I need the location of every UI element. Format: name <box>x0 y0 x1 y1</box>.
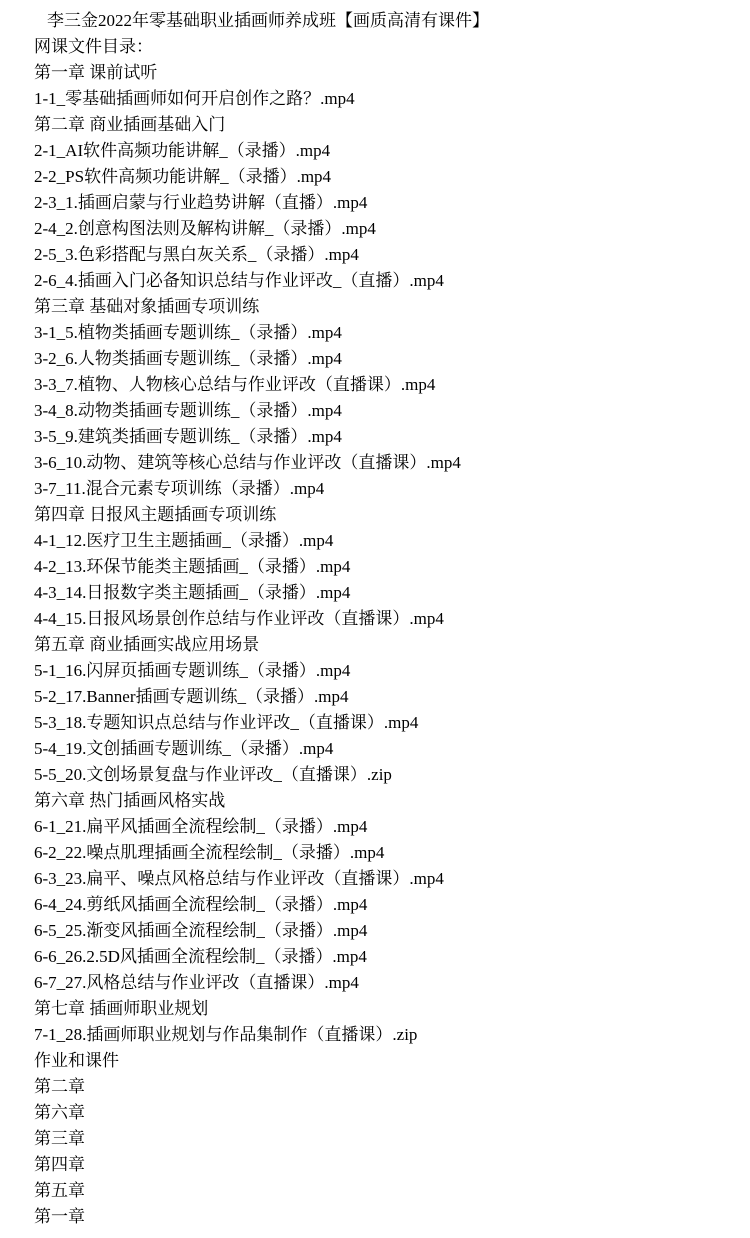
file-item: 6-4_24.剪纸风插画全流程绘制_（录播）.mp4 <box>34 892 740 918</box>
file-item: 2-4_2.创意构图法则及解构讲解_（录播）.mp4 <box>34 216 740 242</box>
file-item: 5-2_17.Banner插画专题训练_（录播）.mp4 <box>34 684 740 710</box>
file-item: 5-4_19.文创插画专题训练_（录播）.mp4 <box>34 736 740 762</box>
chapter-heading: 第七章 插画师职业规划 <box>34 996 740 1022</box>
file-item: 6-2_22.噪点肌理插画全流程绘制_（录播）.mp4 <box>34 840 740 866</box>
folder-item: 第五章 <box>34 1178 740 1204</box>
folder-item: 第一章 <box>34 1204 740 1230</box>
file-item: 1-1_零基础插画师如何开启创作之路？.mp4 <box>34 86 740 112</box>
chapter-heading: 第五章 商业插画实战应用场景 <box>34 632 740 658</box>
file-item: 2-3_1.插画启蒙与行业趋势讲解（直播）.mp4 <box>34 190 740 216</box>
folder-item: 第六章 <box>34 1100 740 1126</box>
file-item: 6-5_25.渐变风插画全流程绘制_（录播）.mp4 <box>34 918 740 944</box>
file-item: 5-5_20.文创场景复盘与作业评改_（直播课）.zip <box>34 762 740 788</box>
file-item: 2-1_AI软件高频功能讲解_（录播）.mp4 <box>34 138 740 164</box>
file-item: 4-4_15.日报风场景创作总结与作业评改（直播课）.mp4 <box>34 606 740 632</box>
chapter-heading: 第四章 日报风主题插画专项训练 <box>34 502 740 528</box>
file-item: 3-1_5.植物类插画专题训练_（录播）.mp4 <box>34 320 740 346</box>
folder-item: 第二章 <box>34 1074 740 1100</box>
file-item: 4-2_13.环保节能类主题插画_（录播）.mp4 <box>34 554 740 580</box>
file-item: 7-1_28.插画师职业规划与作品集制作（直播课）.zip <box>34 1022 740 1048</box>
file-item: 6-7_27.风格总结与作业评改（直播课）.mp4 <box>34 970 740 996</box>
folder-item: 第三章 <box>34 1126 740 1152</box>
file-item: 6-3_23.扁平、噪点风格总结与作业评改（直播课）.mp4 <box>34 866 740 892</box>
file-item: 2-5_3.色彩搭配与黑白灰关系_（录播）.mp4 <box>34 242 740 268</box>
chapter-heading: 第六章 热门插画风格实战 <box>34 788 740 814</box>
section-heading: 作业和课件 <box>34 1048 740 1074</box>
file-item: 4-3_14.日报数字类主题插画_（录播）.mp4 <box>34 580 740 606</box>
file-item: 3-7_11.混合元素专项训练（录播）.mp4 <box>34 476 740 502</box>
directory-label: 网课文件目录： <box>34 34 740 60</box>
folder-item: 第四章 <box>34 1152 740 1178</box>
file-item: 6-6_26.2.5D风插画全流程绘制_（录播）.mp4 <box>34 944 740 970</box>
file-item: 6-1_21.扁平风插画全流程绘制_（录播）.mp4 <box>34 814 740 840</box>
file-item: 2-2_PS软件高频功能讲解_（录播）.mp4 <box>34 164 740 190</box>
course-title: 李三金2022年零基础职业插画师养成班【画质高清有课件】 <box>34 8 740 34</box>
file-list: 李三金2022年零基础职业插画师养成班【画质高清有课件】网课文件目录：第一章 课… <box>34 8 740 1230</box>
chapter-heading: 第三章 基础对象插画专项训练 <box>34 294 740 320</box>
file-item: 3-3_7.植物、人物核心总结与作业评改（直播课）.mp4 <box>34 372 740 398</box>
file-item: 5-1_16.闪屏页插画专题训练_（录播）.mp4 <box>34 658 740 684</box>
chapter-heading: 第一章 课前试听 <box>34 60 740 86</box>
file-item: 3-5_9.建筑类插画专题训练_（录播）.mp4 <box>34 424 740 450</box>
file-item: 3-2_6.人物类插画专题训练_（录播）.mp4 <box>34 346 740 372</box>
file-item: 4-1_12.医疗卫生主题插画_（录播）.mp4 <box>34 528 740 554</box>
course-directory-document: 李三金2022年零基础职业插画师养成班【画质高清有课件】网课文件目录：第一章 课… <box>0 0 750 1238</box>
file-item: 3-6_10.动物、建筑等核心总结与作业评改（直播课）.mp4 <box>34 450 740 476</box>
file-item: 2-6_4.插画入门必备知识总结与作业评改_（直播）.mp4 <box>34 268 740 294</box>
file-item: 5-3_18.专题知识点总结与作业评改_（直播课）.mp4 <box>34 710 740 736</box>
chapter-heading: 第二章 商业插画基础入门 <box>34 112 740 138</box>
file-item: 3-4_8.动物类插画专题训练_（录播）.mp4 <box>34 398 740 424</box>
